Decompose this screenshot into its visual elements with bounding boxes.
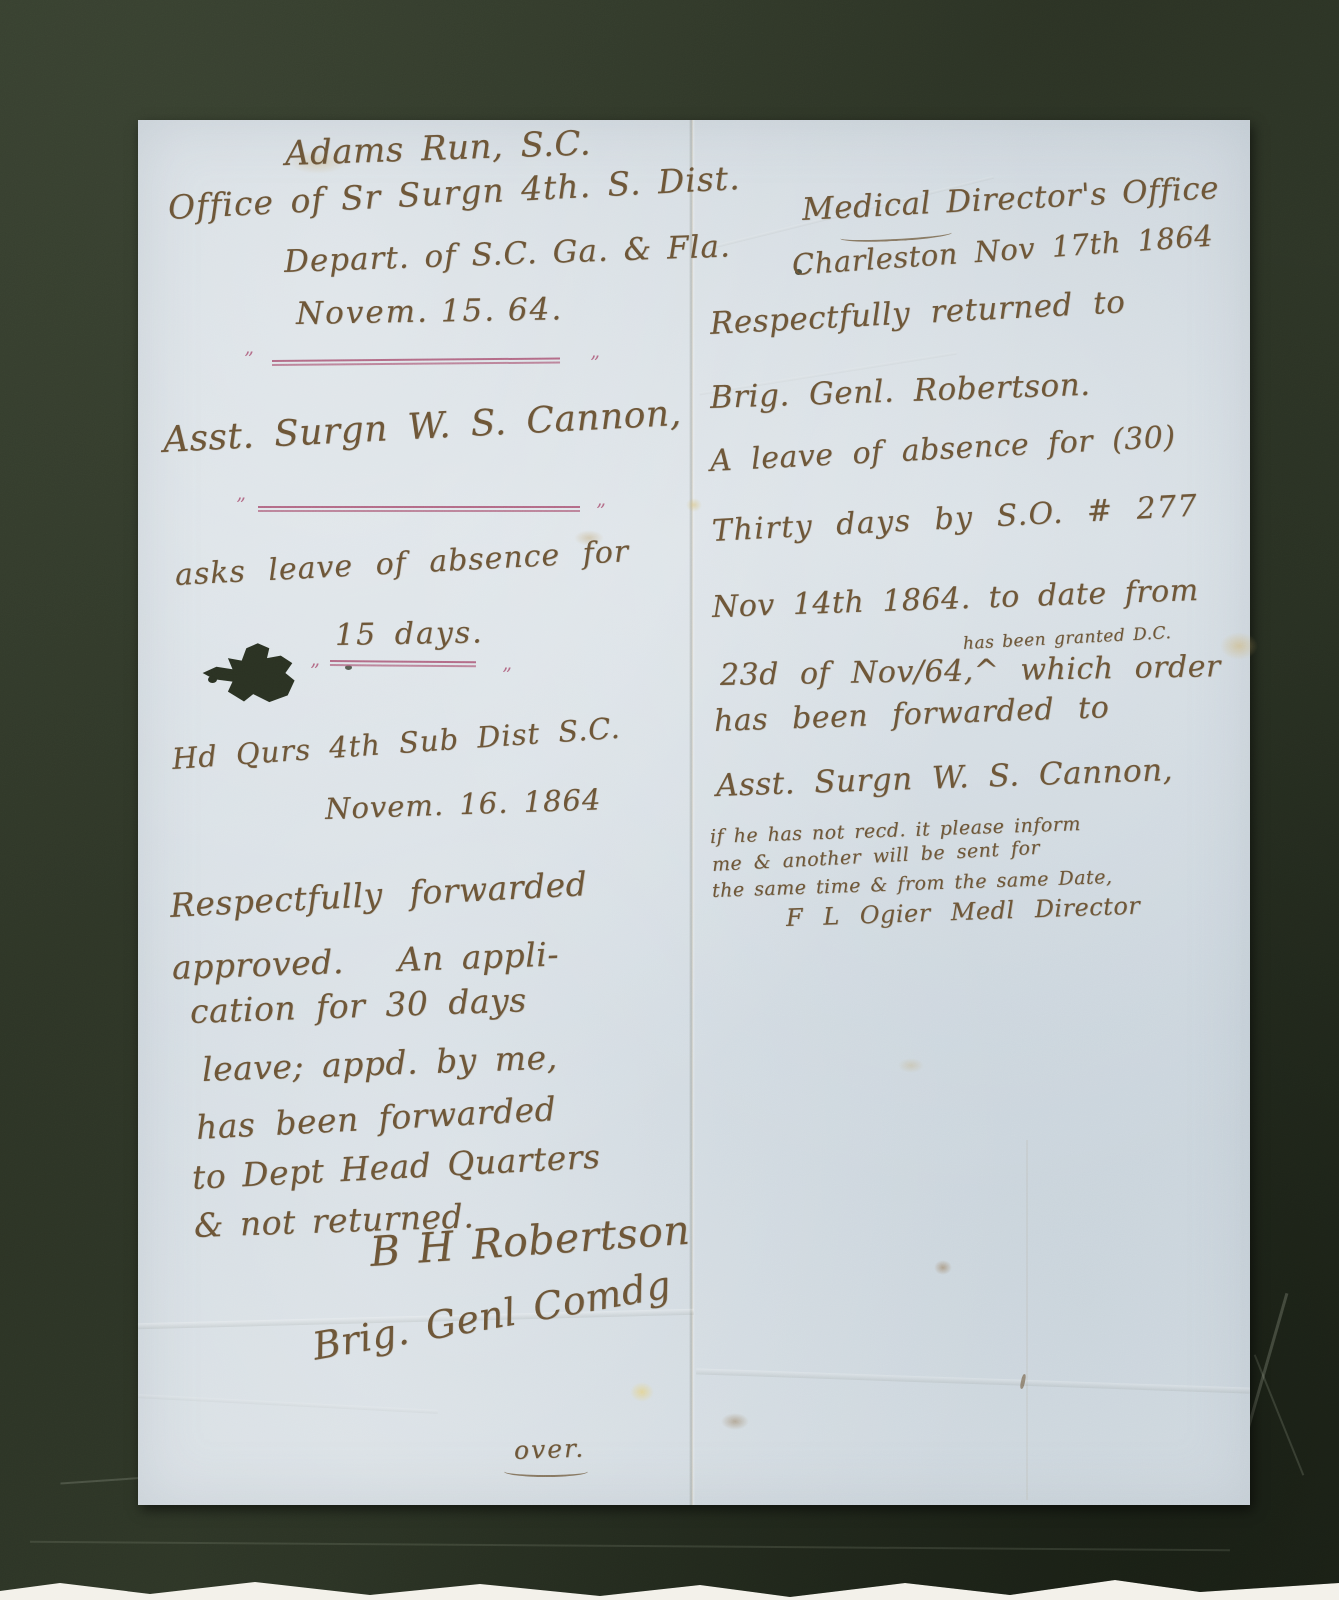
pink-quote-mark: ” [590, 352, 598, 374]
center-fold-crease [689, 120, 695, 1505]
paper-crease [696, 1368, 1250, 1393]
left-endorsement-line-5: has been forwarded [195, 1089, 557, 1147]
left-date-line: Novem. 15. 64. [296, 291, 564, 332]
right-body-line-6: Asst. Surgn W. S. Cannon, [715, 752, 1173, 804]
letter-paper: Adams Run, S.C. Office of Sr Surgn 4th. … [138, 120, 1250, 1505]
right-office-line: Medical Director's Office [801, 170, 1220, 228]
over-underline-flourish [504, 1466, 588, 1477]
pink-quote-mark: ” [502, 664, 510, 686]
right-body-line-1: A leave of absence for (30) [709, 420, 1176, 479]
left-hq-date-line: Novem. 16. 1864 [324, 782, 601, 826]
left-office-line: Office of Sr Surgn 4th. S. Dist. [167, 158, 741, 227]
pink-quote-mark: ” [236, 494, 244, 516]
left-request-line-1: asks leave of absence for [174, 534, 630, 593]
pink-quote-mark: ” [596, 500, 604, 522]
paper-hole-blot [198, 642, 313, 704]
left-addressee-line: Asst. Surgn W. S. Cannon, [162, 393, 683, 461]
pink-separator-rule [272, 357, 560, 362]
paper-crease [1026, 1140, 1028, 1500]
ink-speck [345, 665, 352, 670]
left-department-line: Depart. of S.C. Ga. & Fla. [283, 228, 731, 280]
scanned-letter: Adams Run, S.C. Office of Sr Surgn 4th. … [0, 0, 1339, 1600]
right-signature-line: F L Ogier Medl Director [786, 892, 1141, 932]
paper-crease [138, 1394, 438, 1414]
pink-separator-rule [330, 660, 476, 663]
pink-separator-rule [258, 506, 580, 508]
left-signature-title: Brig. Genl Comdg [309, 1262, 674, 1368]
left-endorsement-line-3: cation for 30 days [189, 980, 527, 1031]
right-body-line-2: Thirty days by S.O. # 277 [711, 489, 1199, 549]
right-returned-line-1: Respectfully returned to [709, 284, 1126, 342]
pink-quote-mark: ” [310, 660, 318, 682]
paper-stain [898, 1058, 924, 1073]
left-endorsement-line-1: Respectfully forwarded [169, 864, 588, 925]
left-over-note: over. [513, 1434, 585, 1465]
paper-stain [630, 1382, 654, 1402]
left-endorsement-line-4: leave; appd. by me, [201, 1038, 558, 1089]
left-endorsement-line-6: to Dept Head Quarters [191, 1137, 601, 1197]
right-returned-line-2: Brig. Genl. Robertson. [709, 367, 1091, 416]
paper-hole-dot [208, 676, 217, 683]
right-body-line-5: has been forwarded to [713, 690, 1109, 739]
left-hq-line: Hd Qurs 4th Sub Dist S.C. [171, 711, 622, 776]
right-body-line-4: 23d of Nov/64,^ which order [720, 649, 1221, 693]
right-body-line-3: Nov 14th 1864. to date from [711, 573, 1199, 625]
left-endorsement-line-2: approved. An appli- [171, 935, 559, 987]
left-request-line-2: 15 days. [335, 615, 484, 653]
right-interline-note: has been granted D.C. [962, 623, 1171, 654]
right-date-line: Charleston Nov 17th 1864 [791, 219, 1214, 282]
left-place-line: Adams Run, S.C. [284, 123, 591, 174]
ink-speck [1019, 1374, 1026, 1390]
paper-stain [934, 1260, 952, 1275]
paper-stain [721, 1413, 749, 1430]
pink-quote-mark: ” [244, 348, 252, 370]
